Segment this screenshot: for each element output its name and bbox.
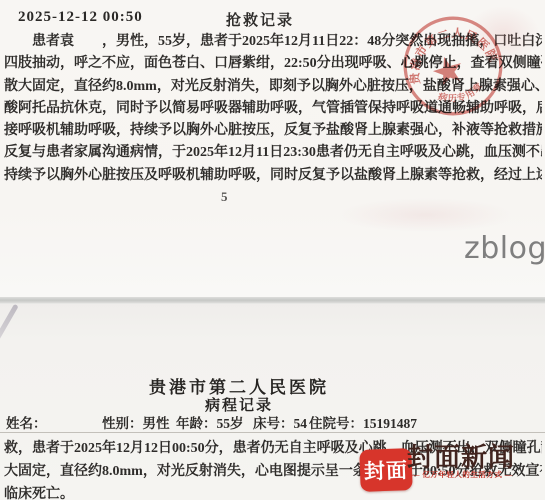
star-icon xyxy=(430,53,466,88)
cover-news-tagline: — 亿万年轻人的生活方式 — xyxy=(412,469,513,480)
paper-corner-edge xyxy=(0,304,19,371)
field-name: 姓名： xyxy=(6,412,47,432)
field-bed: 床号：54 xyxy=(253,412,307,432)
record-line: 反复与患者家属沟通病情，于2025年12月11日23:30患者仍无自主呼吸及心跳… xyxy=(4,142,542,164)
cover-news-app-icon: 封面 xyxy=(359,448,412,492)
patient-fields-row: 姓名： 性别：男性 年龄：55岁 床号：54 住院号：15191487 xyxy=(0,412,545,433)
zblog-watermark: zblog xyxy=(464,231,545,266)
field-age: 年龄：55岁 xyxy=(176,412,244,432)
cover-news-icon-text: 封面 xyxy=(363,454,408,486)
field-sex: 性别：男性 xyxy=(102,412,170,432)
cover-news-logo: 封面 封面新闻 — 亿万年轻人的生活方式 — xyxy=(352,438,544,500)
record-line: 持续予以胸外心脏按压及呼吸机辅助呼吸，同时反复予以盐酸肾上腺素等抢救，经过上述抢 xyxy=(4,165,542,187)
progress-note-document: 贵港市第二人民医院 病程记录 姓名： 性别：男性 年龄：55岁 床号：54 住院… xyxy=(0,304,545,500)
field-admission-no: 住院号：15191487 xyxy=(309,412,417,432)
photo-divider xyxy=(0,297,545,304)
page-number: 5 xyxy=(221,189,228,205)
ink-smudge xyxy=(338,198,513,232)
screenshot-root: 2025-12-12 00:50 抢救记录 患者袁 ，男性，55岁，患者于202… xyxy=(0,0,545,500)
fields-underline xyxy=(0,432,545,433)
